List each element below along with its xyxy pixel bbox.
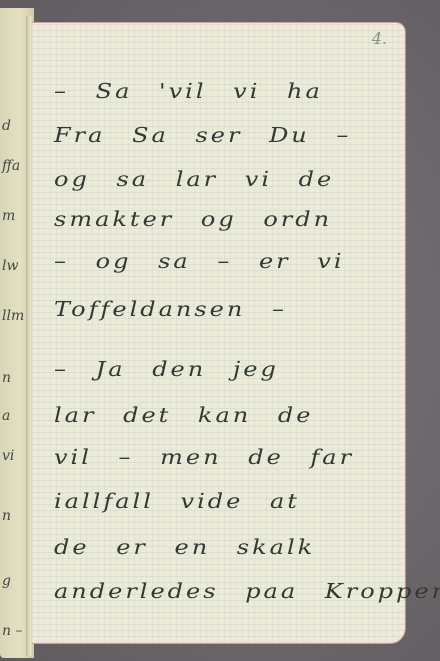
left-page-text: n [2, 370, 11, 386]
left-page-text: llm [2, 308, 24, 324]
handwritten-line: lar det kan de [54, 403, 313, 427]
notebook-page: 4. – Sa 'vil vi ha Fra Sa ser Du – og sa… [32, 22, 406, 644]
handwritten-line: Toffeldansen – [54, 297, 287, 321]
left-page-text: vi [2, 448, 14, 464]
handwritten-line: – og sa – er vi [54, 249, 345, 273]
left-page-text: ffa [2, 158, 20, 174]
handwritten-line: og sa lar vi de [54, 167, 334, 191]
handwritten-line: de er en skalk [54, 535, 315, 559]
handwritten-line: vil – men de far [54, 445, 354, 469]
handwritten-line: smakter og ordn [54, 207, 332, 231]
handwritten-line: Fra Sa ser Du – [54, 123, 351, 147]
handwritten-line: iallfall vide at [54, 489, 300, 513]
left-page-text: g [2, 573, 11, 589]
left-page-text: a [2, 408, 10, 424]
left-page-text: n [2, 508, 11, 524]
handwritten-line: – Ja den jeg [54, 357, 279, 381]
left-page-text: n – [2, 623, 22, 639]
left-page-text: lw [2, 258, 18, 274]
handwritten-line: anderledes paa Kroppen [54, 579, 440, 603]
left-page-text: d [2, 118, 11, 134]
handwritten-line: – Sa 'vil vi ha [54, 79, 323, 103]
left-page-text: m [2, 208, 15, 224]
page-number: 4. [372, 29, 387, 48]
